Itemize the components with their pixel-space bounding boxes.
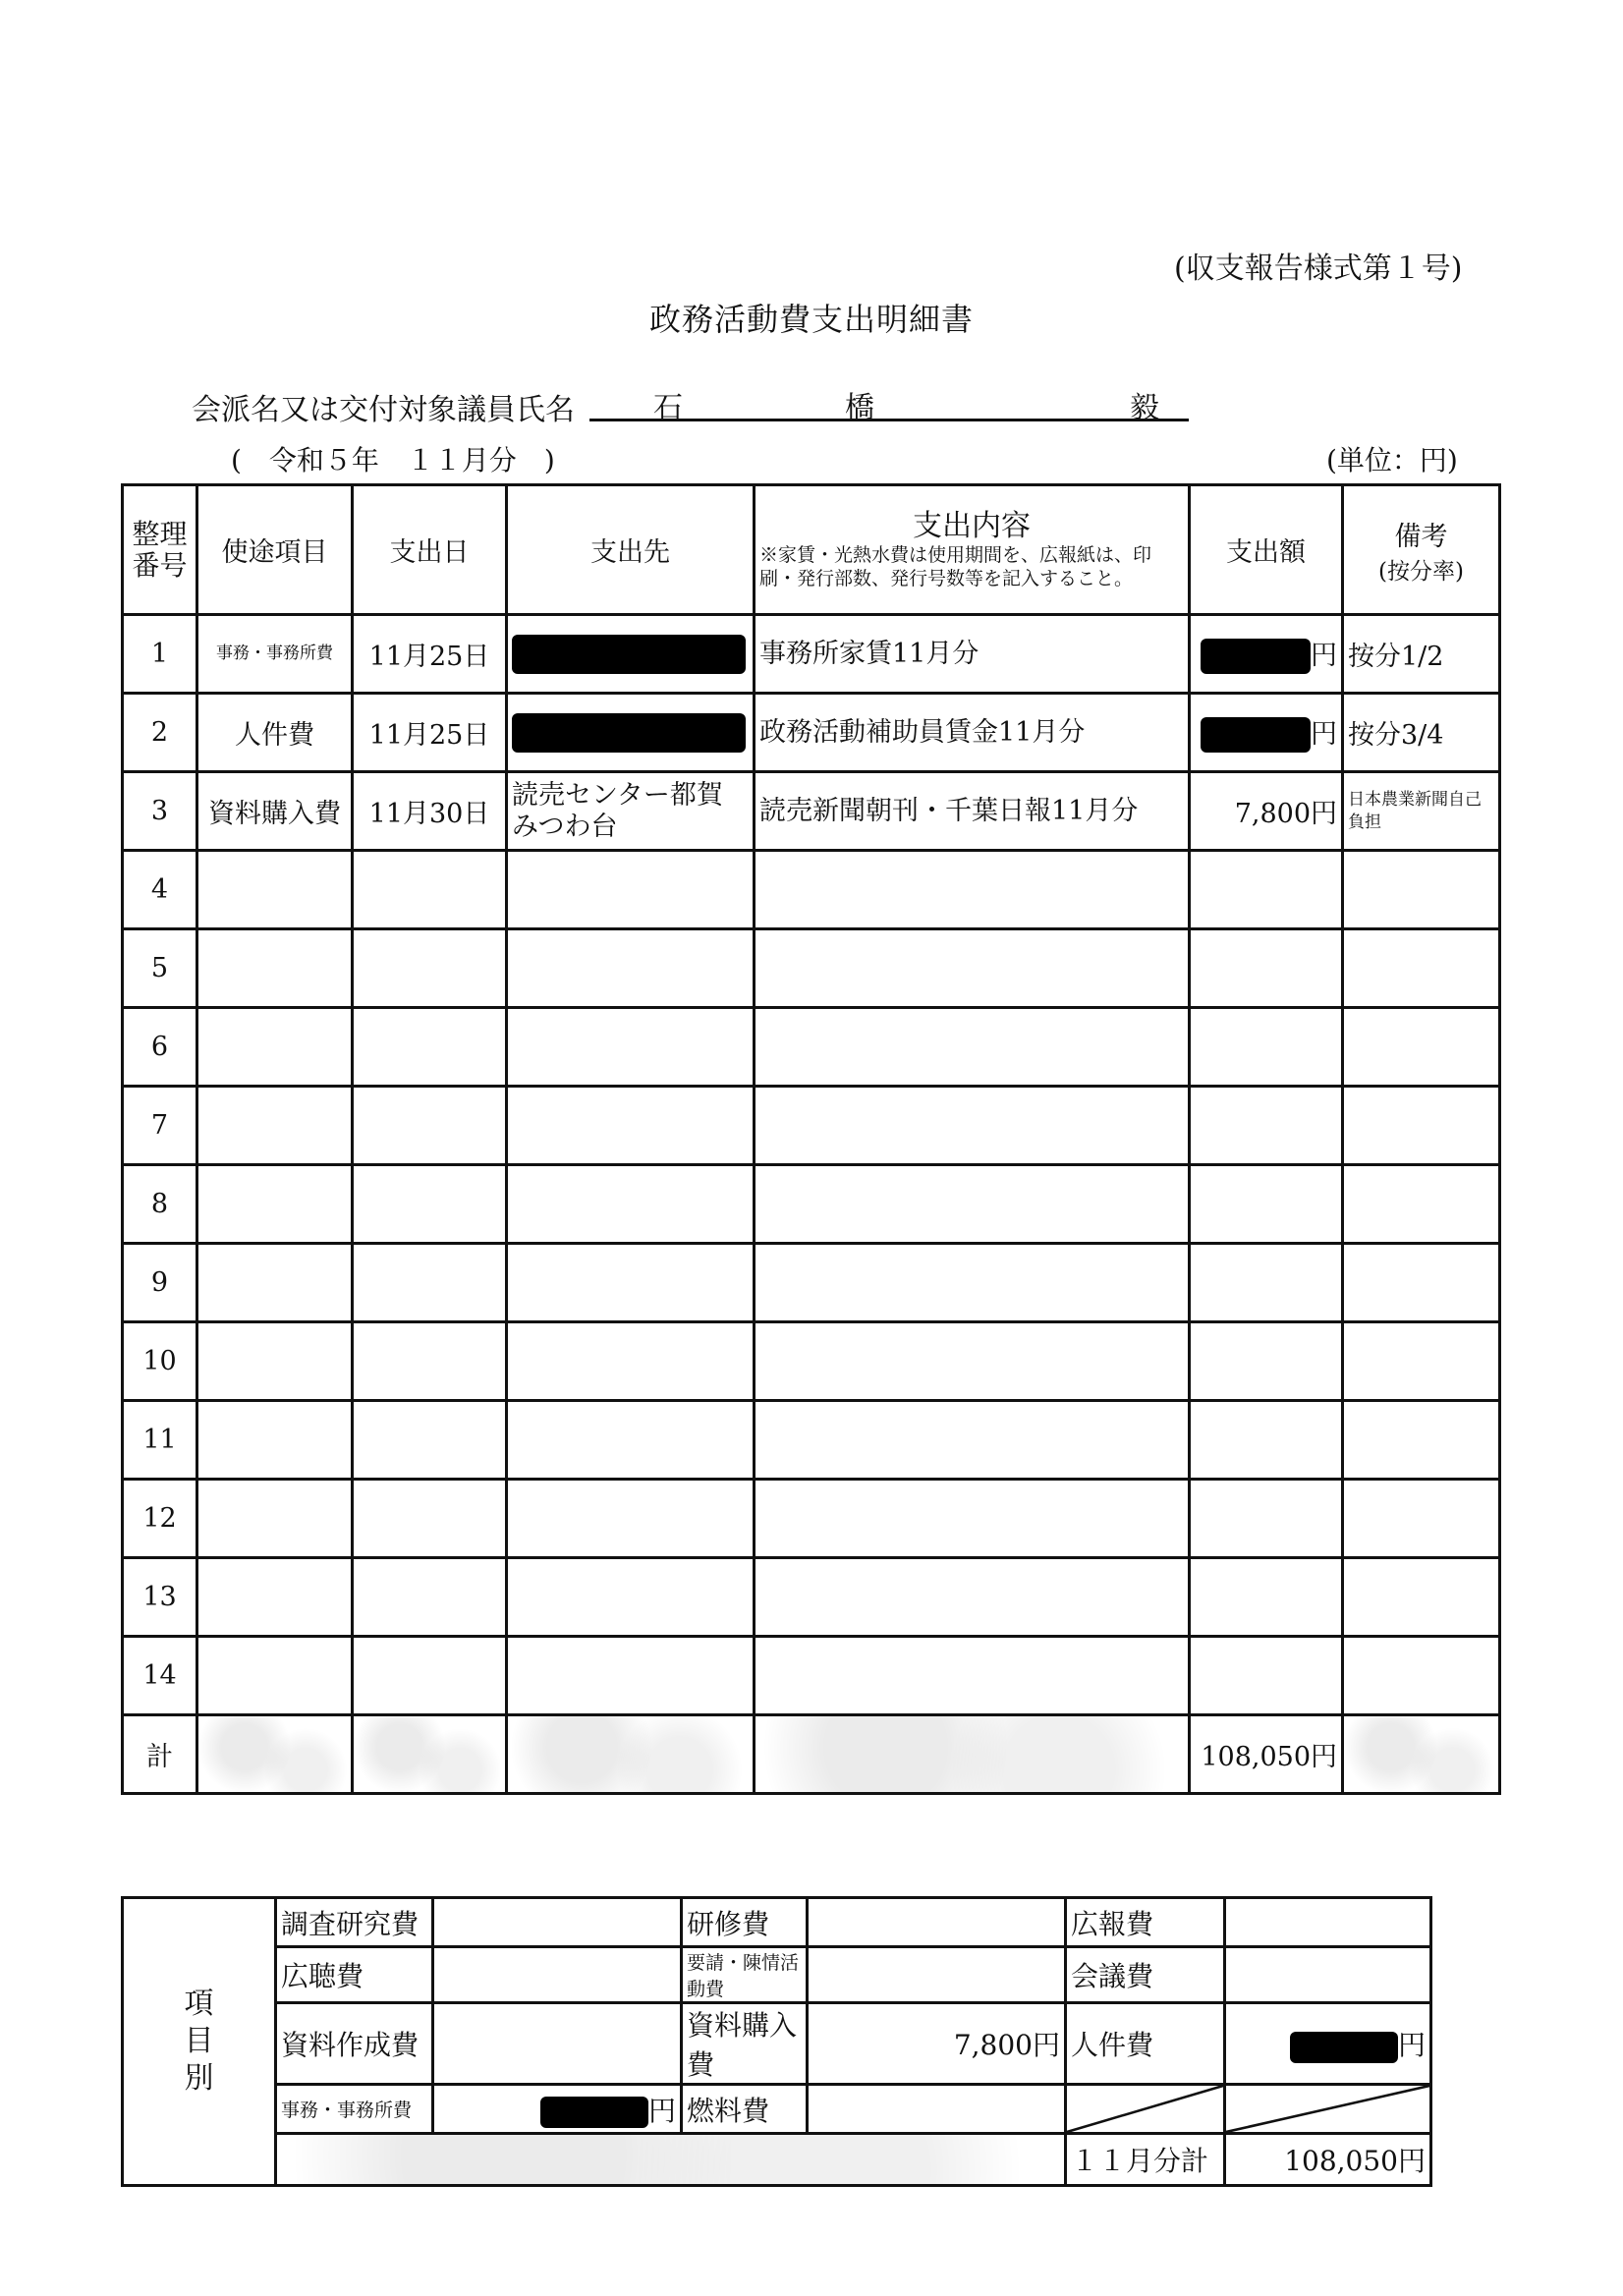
- row-content: 政務活動補助員賃金11月分: [755, 694, 1190, 772]
- unit-label: (単位：円): [1326, 439, 1458, 478]
- row-payee: [507, 851, 755, 929]
- table-row: 10: [123, 1322, 1500, 1401]
- row-date: [353, 1008, 507, 1087]
- row-content: [755, 1558, 1190, 1637]
- row-remarks: [1343, 1008, 1500, 1087]
- row-number: 9: [123, 1244, 197, 1322]
- row-amount: [1190, 1165, 1343, 1244]
- page-title: 政務活動費支出明細書: [0, 295, 1623, 340]
- row-number: 11: [123, 1401, 197, 1480]
- row-content: [755, 1401, 1190, 1480]
- row-number: 2: [123, 694, 197, 772]
- form-number: (収支報告様式第１号): [1174, 244, 1462, 287]
- summary-value: [808, 2085, 1066, 2134]
- row-content: [755, 1008, 1190, 1087]
- row-number: 13: [123, 1558, 197, 1637]
- total-amount: 108,050円: [1190, 1715, 1343, 1794]
- row-amount: [1190, 1401, 1343, 1480]
- row-category: [197, 851, 353, 929]
- row-amount: [1190, 1008, 1343, 1087]
- header-number: 整理番号: [123, 485, 197, 615]
- row-remarks: [1343, 1322, 1500, 1401]
- row-number: 7: [123, 1087, 197, 1165]
- row-category: 事務・事務所費: [197, 615, 353, 694]
- summary-side-label: 項目別: [123, 1898, 276, 2186]
- row-category: 資料購入費: [197, 772, 353, 851]
- row-number: 4: [123, 851, 197, 929]
- row-remarks: 按分1/2: [1343, 615, 1500, 694]
- header-remarks-title: 備考: [1348, 515, 1494, 553]
- row-remarks: [1343, 1087, 1500, 1165]
- summary-value: [808, 1898, 1066, 1947]
- summary-value: [1225, 1947, 1431, 2003]
- row-category: [197, 1008, 353, 1087]
- row-number: 1: [123, 615, 197, 694]
- summary-value: [1225, 1898, 1431, 1947]
- row-category: 人件費: [197, 694, 353, 772]
- row-content: 事務所家賃11月分: [755, 615, 1190, 694]
- row-number: 3: [123, 772, 197, 851]
- row-remarks: [1343, 1165, 1500, 1244]
- row-payee: [507, 1008, 755, 1087]
- row-category: [197, 929, 353, 1008]
- row-payee: [507, 1087, 755, 1165]
- row-number: 8: [123, 1165, 197, 1244]
- member-name-char-1: 石: [653, 383, 683, 426]
- total-label: 計: [123, 1715, 197, 1794]
- row-payee: [507, 1558, 755, 1637]
- row-category: [197, 1165, 353, 1244]
- row-content: [755, 1087, 1190, 1165]
- summary-empty: [276, 2134, 1066, 2186]
- row-date: 11月30日: [353, 772, 507, 851]
- header-content-note: ※家賃・光熱水費は使用期間を、広報紙は、印刷・発行部数、発行号数等を記入すること…: [759, 543, 1184, 590]
- table-row: 4: [123, 851, 1500, 929]
- summary-label: 燃料費: [682, 2085, 808, 2134]
- table-row: 9: [123, 1244, 1500, 1322]
- row-payee: [507, 1244, 755, 1322]
- header-content-title: 支出内容: [759, 510, 1184, 543]
- row-payee: [507, 929, 755, 1008]
- row-remarks: [1343, 1480, 1500, 1558]
- total-empty: [755, 1715, 1190, 1794]
- row-content: [755, 851, 1190, 929]
- summary-value: [433, 1898, 682, 1947]
- table-row: 11: [123, 1401, 1500, 1480]
- total-empty: [1343, 1715, 1500, 1794]
- summary-label: 会議費: [1066, 1947, 1225, 2003]
- month-total-value: 108,050円: [1225, 2134, 1431, 2186]
- table-row: 2人件費11月25日政務活動補助員賃金11月分円按分3/4: [123, 694, 1500, 772]
- summary-label: 資料作成費: [276, 2003, 433, 2085]
- diagonal-empty: [1066, 2085, 1225, 2134]
- row-amount: [1190, 1480, 1343, 1558]
- summary-value: [808, 1947, 1066, 2003]
- row-remarks: [1343, 1637, 1500, 1715]
- redaction-block: [1201, 639, 1311, 674]
- summary-value: [433, 1947, 682, 2003]
- row-number: 5: [123, 929, 197, 1008]
- header-remarks: 備考 (按分率): [1343, 485, 1500, 615]
- row-amount: [1190, 929, 1343, 1008]
- row-amount: 円: [1190, 694, 1343, 772]
- row-amount: [1190, 851, 1343, 929]
- row-date: [353, 1244, 507, 1322]
- row-category: [197, 1244, 353, 1322]
- table-row: 13: [123, 1558, 1500, 1637]
- row-date: 11月25日: [353, 615, 507, 694]
- row-content: [755, 1322, 1190, 1401]
- row-payee: [507, 1401, 755, 1480]
- total-empty: [507, 1715, 755, 1794]
- month-total-label: １１月分計: [1066, 2134, 1225, 2186]
- row-payee: [507, 1480, 755, 1558]
- row-remarks: 按分3/4: [1343, 694, 1500, 772]
- header-payee: 支出先: [507, 485, 755, 615]
- row-date: [353, 1165, 507, 1244]
- report-period: ( 令和５年 １１月分 ): [231, 439, 555, 478]
- member-name-char-3: 毅: [1130, 383, 1159, 426]
- row-payee: [507, 1637, 755, 1715]
- row-amount: [1190, 1637, 1343, 1715]
- row-content: [755, 1244, 1190, 1322]
- summary-value-redacted: 円: [1225, 2003, 1431, 2085]
- row-number: 6: [123, 1008, 197, 1087]
- row-remarks: [1343, 1244, 1500, 1322]
- summary-value: 7,800円: [808, 2003, 1066, 2085]
- row-remarks: [1343, 929, 1500, 1008]
- summary-label: 事務・事務所費: [276, 2085, 433, 2134]
- row-number: 14: [123, 1637, 197, 1715]
- row-content: 読売新聞朝刊・千葉日報11月分: [755, 772, 1190, 851]
- header-date: 支出日: [353, 485, 507, 615]
- row-category: [197, 1558, 353, 1637]
- redaction-block: [512, 713, 746, 753]
- row-payee: 読売センター都賀みつわ台: [507, 772, 755, 851]
- row-amount: [1190, 1322, 1343, 1401]
- row-category: [197, 1480, 353, 1558]
- row-remarks: 日本農業新聞自己負担: [1343, 772, 1500, 851]
- row-date: [353, 851, 507, 929]
- row-date: 11月25日: [353, 694, 507, 772]
- row-amount: 円: [1190, 615, 1343, 694]
- row-amount: [1190, 1558, 1343, 1637]
- row-payee: [507, 615, 755, 694]
- row-amount: [1190, 1244, 1343, 1322]
- row-content: [755, 1480, 1190, 1558]
- member-name-char-2: 橋: [845, 383, 874, 426]
- total-empty: [353, 1715, 507, 1794]
- expense-table: 整理番号 使途項目 支出日 支出先 支出内容 ※家賃・光熱水費は使用期間を、広報…: [121, 483, 1501, 1795]
- table-row: 3資料購入費11月30日読売センター都賀みつわ台読売新聞朝刊・千葉日報11月分7…: [123, 772, 1500, 851]
- table-row: 8: [123, 1165, 1500, 1244]
- row-category: [197, 1401, 353, 1480]
- summary-label: 要請・陳情活動費: [682, 1947, 808, 2003]
- row-payee: [507, 694, 755, 772]
- row-content: [755, 929, 1190, 1008]
- redaction-block: [512, 635, 746, 674]
- row-date: [353, 1480, 507, 1558]
- diagonal-empty: [1225, 2085, 1431, 2134]
- row-date: [353, 1558, 507, 1637]
- row-date: [353, 1322, 507, 1401]
- summary-label: 研修費: [682, 1898, 808, 1947]
- header-remarks-sub: (按分率): [1348, 553, 1494, 586]
- total-empty: [197, 1715, 353, 1794]
- header-amount: 支出額: [1190, 485, 1343, 615]
- table-row: 14: [123, 1637, 1500, 1715]
- summary-value: [433, 2003, 682, 2085]
- row-category: [197, 1322, 353, 1401]
- summary-label: 人件費: [1066, 2003, 1225, 2085]
- header-category: 使途項目: [197, 485, 353, 615]
- member-name-label: 会派名又は交付対象議員氏名: [192, 385, 575, 428]
- row-remarks: [1343, 1558, 1500, 1637]
- row-date: [353, 1401, 507, 1480]
- table-row: 1事務・事務所費11月25日事務所家賃11月分円按分1/2: [123, 615, 1500, 694]
- summary-label: 資料購入費: [682, 2003, 808, 2085]
- row-date: [353, 1087, 507, 1165]
- table-header-row: 整理番号 使途項目 支出日 支出先 支出内容 ※家賃・光熱水費は使用期間を、広報…: [123, 485, 1500, 615]
- summary-label: 調査研究費: [276, 1898, 433, 1947]
- table-row: 5: [123, 929, 1500, 1008]
- row-content: [755, 1165, 1190, 1244]
- redaction-block: [1201, 717, 1311, 753]
- row-date: [353, 929, 507, 1008]
- row-amount: [1190, 1087, 1343, 1165]
- summary-table: 項目別 調査研究費 研修費 広報費 広聴費 要請・陳情活動費 会議費 資料作成費…: [121, 1896, 1432, 2187]
- row-category: [197, 1637, 353, 1715]
- summary-label: 広報費: [1066, 1898, 1225, 1947]
- total-row: 計 108,050円: [123, 1715, 1500, 1794]
- row-date: [353, 1637, 507, 1715]
- row-number: 10: [123, 1322, 197, 1401]
- table-row: 12: [123, 1480, 1500, 1558]
- row-remarks: [1343, 851, 1500, 929]
- header-content: 支出内容 ※家賃・光熱水費は使用期間を、広報紙は、印刷・発行部数、発行号数等を記…: [755, 485, 1190, 615]
- summary-value-redacted: 円: [433, 2085, 682, 2134]
- row-payee: [507, 1322, 755, 1401]
- row-content: [755, 1637, 1190, 1715]
- row-number: 12: [123, 1480, 197, 1558]
- row-payee: [507, 1165, 755, 1244]
- summary-label: 広聴費: [276, 1947, 433, 2003]
- row-remarks: [1343, 1401, 1500, 1480]
- table-row: 7: [123, 1087, 1500, 1165]
- row-amount: 7,800円: [1190, 772, 1343, 851]
- row-category: [197, 1087, 353, 1165]
- table-row: 6: [123, 1008, 1500, 1087]
